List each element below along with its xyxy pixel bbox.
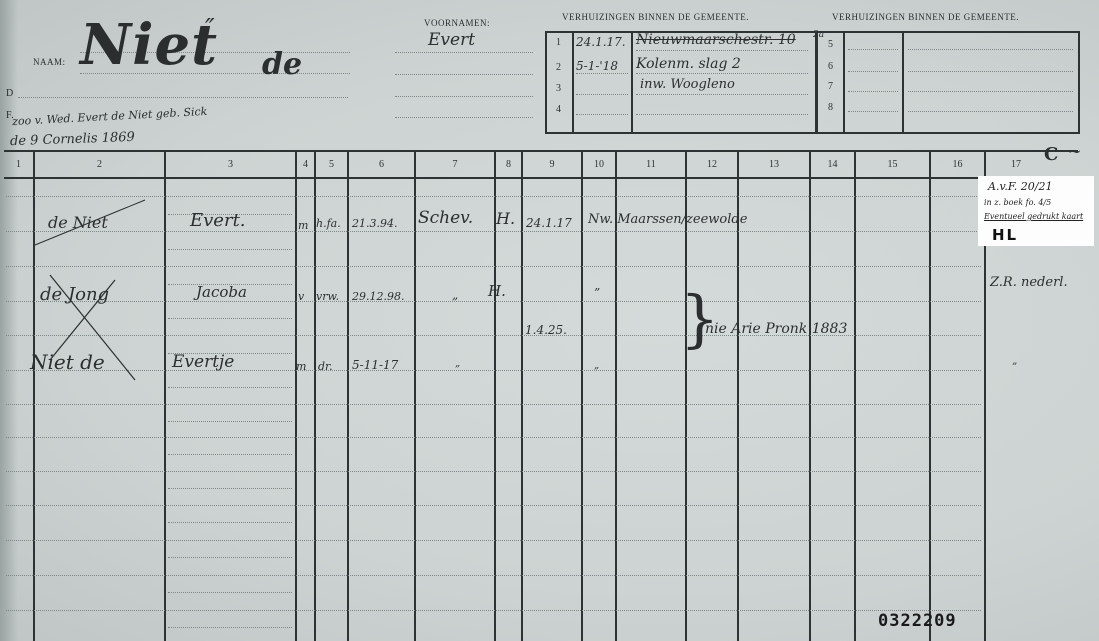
ruling-line <box>6 437 981 438</box>
dotline <box>908 49 1073 50</box>
cell-relation: h.fa. <box>316 217 341 230</box>
move-num: 8 <box>828 102 833 113</box>
registration-card: NAAM: Niet ″ de D F. zoo v. Wed. Evert d… <box>0 0 1099 641</box>
move-num: 2 <box>556 62 561 73</box>
cell-arrival-date: 24.1.17 <box>526 216 572 230</box>
dotline <box>848 111 898 112</box>
move-num: 5 <box>828 39 833 50</box>
ruling-line <box>168 592 292 593</box>
move-address: Kolenm. slag 2 <box>636 56 741 72</box>
cell-origin: „ <box>594 360 599 371</box>
column-header-8: 8 <box>496 159 521 170</box>
column-header-4: 4 <box>297 159 314 170</box>
dotline <box>636 73 808 74</box>
cell-birthplace: „ <box>455 358 460 369</box>
ruling-line <box>168 421 292 422</box>
cell-remarks: ” <box>1012 362 1017 373</box>
voornamen-value: Evert <box>428 30 475 50</box>
col-line <box>854 152 856 641</box>
move-date: 5-1-'18 <box>576 59 618 73</box>
dotline <box>636 94 808 95</box>
col-line <box>581 152 583 641</box>
c-mark: C <box>1044 144 1058 165</box>
col-line <box>521 152 523 641</box>
ruling-line <box>6 301 981 302</box>
cell-birthdate: 21.3.94. <box>352 217 397 230</box>
cell-departure-date: 1.4.25. <box>525 323 567 337</box>
cell-firstname: Jacoba <box>196 283 247 301</box>
dotline <box>848 91 898 92</box>
move-address: inw. Woogleno <box>640 77 735 92</box>
dotline <box>576 73 628 74</box>
col-line <box>809 152 811 641</box>
column-header-9: 9 <box>523 159 581 170</box>
column-header-13: 13 <box>739 159 809 170</box>
surname-prefix: de <box>262 47 302 82</box>
voornamen-dotline-4 <box>395 117 533 118</box>
cell-birthplace: „ <box>452 288 458 302</box>
col-line <box>414 152 416 641</box>
cell-birthdate: 5-11-17 <box>352 358 398 372</box>
cell-surname: Niet de <box>30 350 105 374</box>
column-header-17: 17 <box>986 159 1046 170</box>
dotline <box>848 71 898 72</box>
ruling-line <box>6 370 981 371</box>
ruling-line <box>6 231 981 232</box>
moves-right-divider-2 <box>902 31 904 132</box>
dotline <box>576 114 628 115</box>
column-header-11: 11 <box>617 159 685 170</box>
column-header-14: 14 <box>811 159 854 170</box>
dotline <box>908 91 1073 92</box>
moves-right-divider-1 <box>843 31 845 132</box>
moves-right-box <box>816 31 1080 134</box>
dotline <box>908 111 1073 112</box>
cell-origin: ” <box>594 286 600 300</box>
column-header-2: 2 <box>35 159 164 170</box>
column-header-16: 16 <box>931 159 984 170</box>
diagonal-mark <box>30 195 150 250</box>
col-line <box>347 152 349 641</box>
dotline <box>636 114 808 115</box>
voornamen-label: VOORNAMEN: <box>424 18 490 28</box>
serial-number: 0322209 <box>878 611 957 631</box>
d-dotline <box>18 97 348 98</box>
father-note-line2: de 9 Cornelis 1869 <box>10 130 135 149</box>
dotline <box>636 50 808 51</box>
column-header-3: 3 <box>166 159 295 170</box>
brace-icon: } <box>680 288 719 350</box>
column-header-1: 1 <box>4 159 33 170</box>
ruling-line <box>168 454 292 455</box>
ruling-line <box>6 471 981 472</box>
ruling-line <box>6 196 981 197</box>
ruling-line <box>6 505 981 506</box>
cell-religion: H. <box>488 282 506 300</box>
ruling-line <box>6 575 981 576</box>
cell-sex: v <box>298 290 304 303</box>
cell-relation: dr. <box>318 360 333 373</box>
move-address: Nieuwmaarschestr. 10 <box>636 32 796 48</box>
dotline <box>576 94 628 95</box>
cell-religion: H. <box>496 209 515 228</box>
cell-relation: vrw. <box>316 290 339 303</box>
sticker-line1: A.v.F. 20/21 <box>988 180 1052 193</box>
ruling-line <box>168 522 292 523</box>
dotline <box>848 49 898 50</box>
cell-birthdate: 29.12.98. <box>352 290 404 303</box>
naam-label: NAAM: <box>33 57 66 67</box>
col-line <box>164 152 166 641</box>
ruling-line <box>6 404 981 405</box>
ruling-line <box>168 627 292 628</box>
move-num: 6 <box>828 61 833 72</box>
moves-left-divider-2 <box>631 31 633 132</box>
col-line <box>929 152 931 641</box>
column-header-5: 5 <box>316 159 347 170</box>
column-header-6: 6 <box>349 159 414 170</box>
moves-right-title: VERHUIZINGEN BINNEN DE GEMEENTE. <box>832 12 1019 22</box>
ruling-line <box>168 387 292 388</box>
voornamen-dotline-3 <box>395 96 533 97</box>
ruling-line <box>168 488 292 489</box>
squiggle-mark: ~ <box>1068 142 1081 161</box>
moves-left-title: VERHUIZINGEN BINNEN DE GEMEENTE. <box>562 12 749 22</box>
column-header-7: 7 <box>416 159 494 170</box>
sticker-line3: Eventueel gedrukt kaart <box>984 212 1083 221</box>
col-line <box>295 152 297 641</box>
moves-left-divider-1 <box>572 31 574 132</box>
dotline <box>908 71 1073 72</box>
sticker-initials: HL <box>992 226 1018 244</box>
column-header-15: 15 <box>856 159 929 170</box>
voornamen-dotline-1 <box>395 52 533 53</box>
move-num: 1 <box>556 37 561 48</box>
ruling-line <box>168 249 292 250</box>
cell-sex: m <box>298 219 308 232</box>
cell-destination: nie Arie Pronk 1883 <box>705 321 847 337</box>
move-date: 24.1.17. <box>576 35 626 49</box>
cell-birthplace: Schev. <box>418 208 473 228</box>
cell-sex: m <box>296 360 306 373</box>
column-header-12: 12 <box>687 159 737 170</box>
voornamen-dotline-2 <box>395 74 533 75</box>
d-label: D <box>6 88 14 99</box>
ruling-line <box>6 540 981 541</box>
cell-origin: Nw. Maarssen/zeewolde <box>588 212 747 227</box>
cell-firstname: Evert. <box>190 210 246 231</box>
column-header-10: 10 <box>583 159 615 170</box>
move-num: 7 <box>828 81 833 92</box>
father-note-line1: zoo v. Wed. Evert de Niet geb. Sick <box>12 105 208 128</box>
ruling-line <box>6 266 981 267</box>
sticker-line2: in z. boek fo. 4/5 <box>984 198 1051 207</box>
annotation-sticker: A.v.F. 20/21 in z. boek fo. 4/5 Eventuee… <box>978 176 1094 246</box>
move-num: 3 <box>556 83 561 94</box>
surname: Niet <box>80 12 218 78</box>
cell-remarks: Z.R. nederl. <box>990 276 1075 289</box>
ruling-line <box>168 318 292 319</box>
surname-mark: ″ <box>205 14 215 44</box>
ruling-line <box>168 557 292 558</box>
cell-firstname: Evertje <box>172 352 234 372</box>
ruling-line <box>6 610 981 611</box>
move-num: 4 <box>556 104 561 115</box>
